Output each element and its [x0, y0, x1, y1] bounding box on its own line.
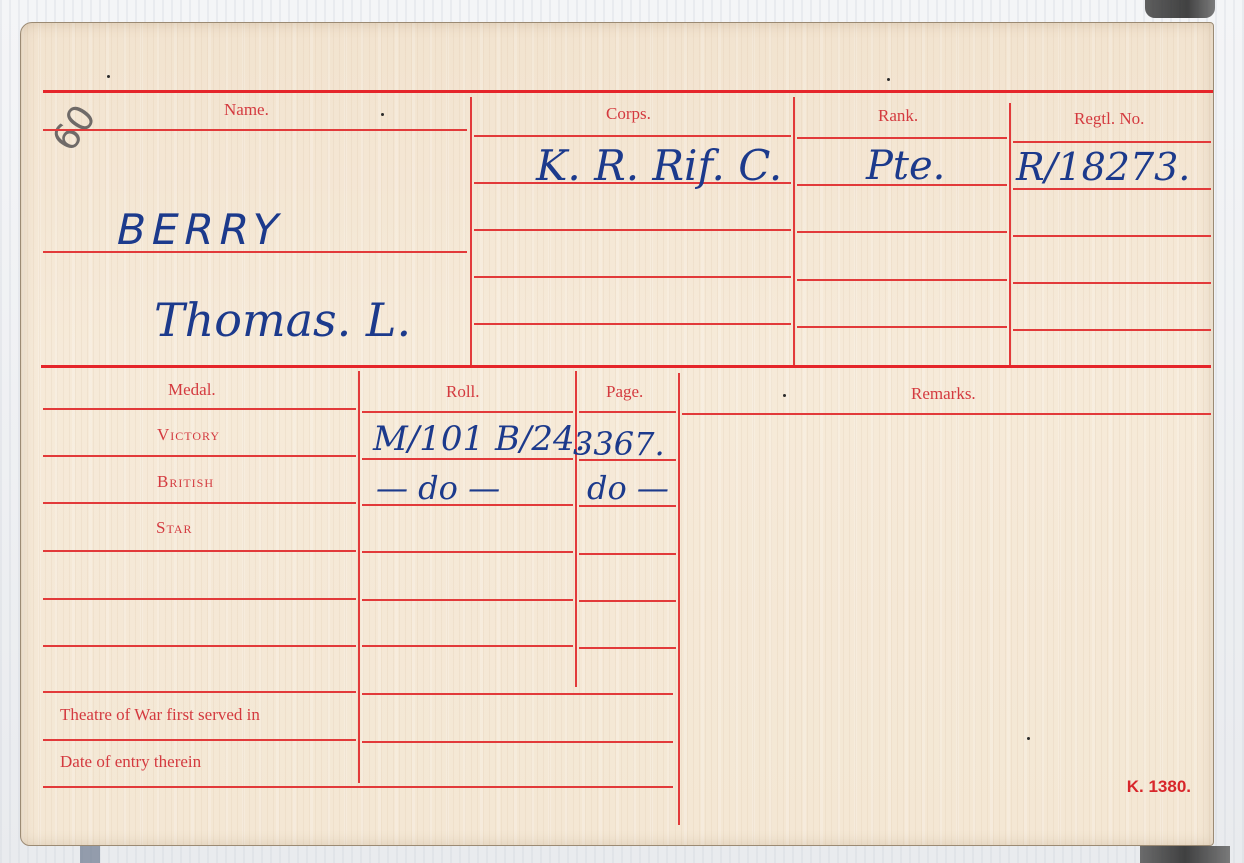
rule [43, 786, 673, 788]
rule [43, 598, 356, 600]
name-label: Name. [224, 100, 269, 120]
speck [381, 113, 384, 116]
corps-value: K. R. Rif. C. [536, 141, 782, 190]
theatre-label: Theatre of War first served in [60, 705, 260, 725]
rank-label: Rank. [878, 106, 918, 126]
surname-value: BERRY [112, 205, 289, 254]
rule [579, 647, 676, 649]
speck [107, 75, 110, 78]
british-page-value: do — [587, 469, 669, 507]
rule [362, 411, 573, 413]
rule [474, 229, 791, 231]
forenames-value: Thomas. L. [154, 293, 411, 347]
rule [43, 739, 356, 741]
speck [1027, 737, 1030, 740]
rule [797, 137, 1007, 139]
rule [362, 693, 673, 695]
rule [362, 599, 573, 601]
column-divider [1009, 103, 1011, 367]
rule [1013, 329, 1211, 331]
rule [362, 551, 573, 553]
rank-value: Pte. [866, 143, 945, 189]
regt-no-label: Regtl. No. [1074, 109, 1144, 129]
column-divider [678, 373, 680, 825]
pencil-mark: 60 [45, 99, 118, 168]
rule [797, 279, 1007, 281]
rule [43, 691, 356, 693]
header-top-rule [43, 90, 1213, 93]
rule [1013, 141, 1211, 143]
rule [1013, 282, 1211, 284]
column-divider [358, 371, 360, 783]
rule [474, 323, 791, 325]
medal-label: Medal. [168, 380, 216, 400]
medal-index-card: 60 Name. Corps. Rank. Regtl. No. BERRY T… [20, 22, 1214, 846]
speck [783, 394, 786, 397]
form-number: K. 1380. [1127, 777, 1191, 797]
binder-clip-bottom [1140, 846, 1230, 863]
rule [43, 408, 356, 410]
rule [43, 550, 356, 552]
binder-clip-top [1145, 0, 1215, 18]
british-roll-value: — do — [376, 469, 500, 507]
rule [579, 411, 676, 413]
rule [362, 645, 573, 647]
rule [362, 741, 673, 743]
medal-name-star: Star [156, 518, 193, 538]
rule [797, 326, 1007, 328]
regt-no-value: R/18273. [1016, 145, 1190, 189]
rule [43, 502, 356, 504]
column-divider [793, 97, 795, 365]
section-divider-rule [41, 365, 1211, 368]
remarks-label: Remarks. [911, 384, 976, 404]
rule [579, 553, 676, 555]
rule [682, 413, 1211, 415]
medal-name-victory: Victory [157, 425, 220, 445]
rule [1013, 235, 1211, 237]
rule [43, 645, 356, 647]
medal-name-british: British [157, 472, 214, 492]
speck [887, 78, 890, 81]
rule [43, 129, 467, 131]
column-divider [470, 97, 472, 365]
page-label: Page. [606, 382, 643, 402]
rule [474, 135, 791, 137]
roll-label: Roll. [446, 382, 480, 402]
date-of-entry-label: Date of entry therein [60, 752, 201, 772]
rule [474, 276, 791, 278]
rule [579, 600, 676, 602]
scan-artifact [80, 846, 100, 863]
rule [43, 455, 356, 457]
victory-page-value: 3367. [573, 425, 665, 463]
rule [797, 231, 1007, 233]
victory-roll-value: M/101 B/24. [373, 419, 585, 459]
corps-label: Corps. [606, 104, 651, 124]
